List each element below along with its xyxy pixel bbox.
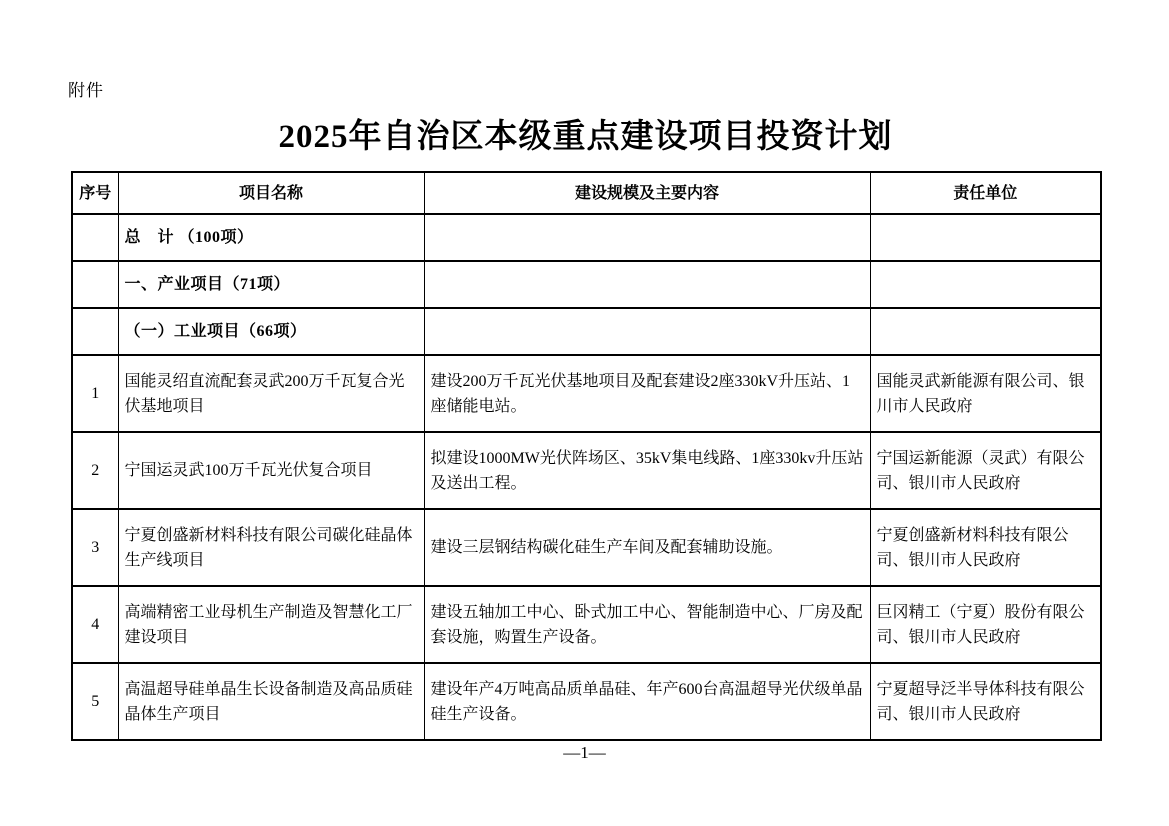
table-row: 2 宁国运灵武100万千瓦光伏复合项目 拟建设1000MW光伏阵场区、35kV集… (72, 432, 1101, 509)
summary-no-cell (72, 261, 118, 308)
row-content: 建设三层钢结构碳化硅生产车间及配套辅助设施。 (424, 509, 870, 586)
summary-unit-cell (870, 214, 1101, 261)
summary-total-label: 总 计 （100项） (118, 214, 424, 261)
page-number: —1— (0, 743, 1169, 763)
projects-table-container: 序号 项目名称 建设规模及主要内容 责任单位 总 计 （100项） 一、产业项目… (71, 171, 1100, 741)
row-project-name: 国能灵绍直流配套灵武200万千瓦复合光伏基地项目 (118, 355, 424, 432)
row-no: 2 (72, 432, 118, 509)
header-no: 序号 (72, 172, 118, 214)
summary-row-industrial-sub: （一）工业项目（66项） (72, 308, 1101, 355)
row-content: 建设五轴加工中心、卧式加工中心、智能制造中心、厂房及配套设施，购置生产设备。 (424, 586, 870, 663)
row-unit: 宁国运新能源（灵武）有限公司、银川市人民政府 (870, 432, 1101, 509)
summary-industry-label: 一、产业项目（71项） (118, 261, 424, 308)
row-project-name: 高端精密工业母机生产制造及智慧化工厂建设项目 (118, 586, 424, 663)
row-no: 1 (72, 355, 118, 432)
summary-unit-cell (870, 308, 1101, 355)
row-unit: 巨冈精工（宁夏）股份有限公司、银川市人民政府 (870, 586, 1101, 663)
attachment-label: 附件 (68, 76, 104, 101)
header-unit: 责任单位 (870, 172, 1101, 214)
table-row: 3 宁夏创盛新材料科技有限公司碳化硅晶体生产线项目 建设三层钢结构碳化硅生产车间… (72, 509, 1101, 586)
header-content: 建设规模及主要内容 (424, 172, 870, 214)
table-row: 5 高温超导硅单晶生长设备制造及高品质硅晶体生产项目 建设年产4万吨高品质单晶硅… (72, 663, 1101, 740)
table-header-row: 序号 项目名称 建设规模及主要内容 责任单位 (72, 172, 1101, 214)
summary-no-cell (72, 308, 118, 355)
summary-unit-cell (870, 261, 1101, 308)
row-project-name: 宁夏创盛新材料科技有限公司碳化硅晶体生产线项目 (118, 509, 424, 586)
summary-content-cell (424, 308, 870, 355)
row-unit: 宁夏超导泛半导体科技有限公司、银川市人民政府 (870, 663, 1101, 740)
projects-table: 序号 项目名称 建设规模及主要内容 责任单位 总 计 （100项） 一、产业项目… (71, 171, 1102, 741)
summary-content-cell (424, 261, 870, 308)
row-no: 3 (72, 509, 118, 586)
row-content: 拟建设1000MW光伏阵场区、35kV集电线路、1座330kv升压站及送出工程。 (424, 432, 870, 509)
summary-no-cell (72, 214, 118, 261)
page-title: 2025年自治区本级重点建设项目投资计划 (71, 110, 1100, 157)
summary-industrial-label: （一）工业项目（66项） (118, 308, 424, 355)
summary-row-industry-category: 一、产业项目（71项） (72, 261, 1101, 308)
row-unit: 国能灵武新能源有限公司、银川市人民政府 (870, 355, 1101, 432)
row-unit: 宁夏创盛新材料科技有限公司、银川市人民政府 (870, 509, 1101, 586)
row-no: 4 (72, 586, 118, 663)
header-project-name: 项目名称 (118, 172, 424, 214)
table-row: 4 高端精密工业母机生产制造及智慧化工厂建设项目 建设五轴加工中心、卧式加工中心… (72, 586, 1101, 663)
row-content: 建设200万千瓦光伏基地项目及配套建设2座330kV升压站、1座储能电站。 (424, 355, 870, 432)
row-project-name: 宁国运灵武100万千瓦光伏复合项目 (118, 432, 424, 509)
row-project-name: 高温超导硅单晶生长设备制造及高品质硅晶体生产项目 (118, 663, 424, 740)
table-row: 1 国能灵绍直流配套灵武200万千瓦复合光伏基地项目 建设200万千瓦光伏基地项… (72, 355, 1101, 432)
row-no: 5 (72, 663, 118, 740)
row-content: 建设年产4万吨高品质单晶硅、年产600台高温超导光伏级单晶硅生产设备。 (424, 663, 870, 740)
summary-content-cell (424, 214, 870, 261)
summary-row-total: 总 计 （100项） (72, 214, 1101, 261)
